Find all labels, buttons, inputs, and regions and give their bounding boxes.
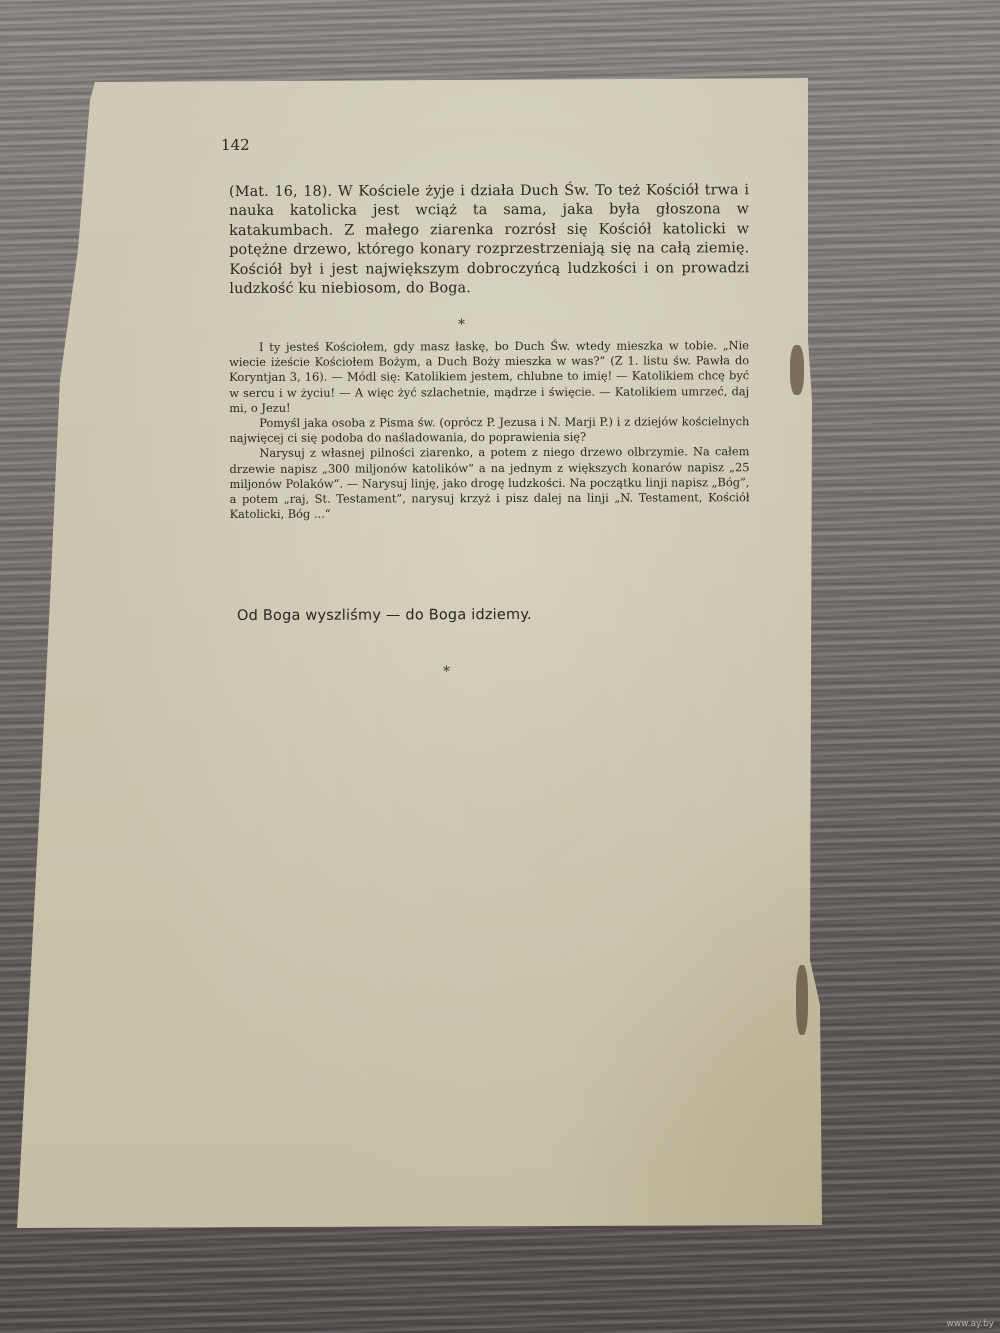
watermark: www.ay.by <box>946 1319 994 1329</box>
motto: Od Boga wyszliśmy — do Boga idziemy. <box>237 607 532 624</box>
page-damage <box>790 345 804 395</box>
end-separator: * <box>443 664 450 680</box>
exercises-block: I ty jesteś Kościołem, gdy masz łaskę, b… <box>229 338 750 522</box>
section-separator: * <box>458 317 465 333</box>
exercise-paragraph: I ty jesteś Kościołem, gdy masz łaskę, b… <box>229 338 749 416</box>
exercise-paragraph: Pomyśl jaka osoba z Pisma św. (oprócz P.… <box>229 414 749 446</box>
main-paragraph: (Mat. 16, 18). W Kościele żyje i działa … <box>229 181 749 299</box>
page-number: 142 <box>221 136 250 154</box>
page-damage <box>796 965 808 1035</box>
exercise-paragraph: Narysuj z własnej pilności ziarenko, a p… <box>229 445 749 523</box>
